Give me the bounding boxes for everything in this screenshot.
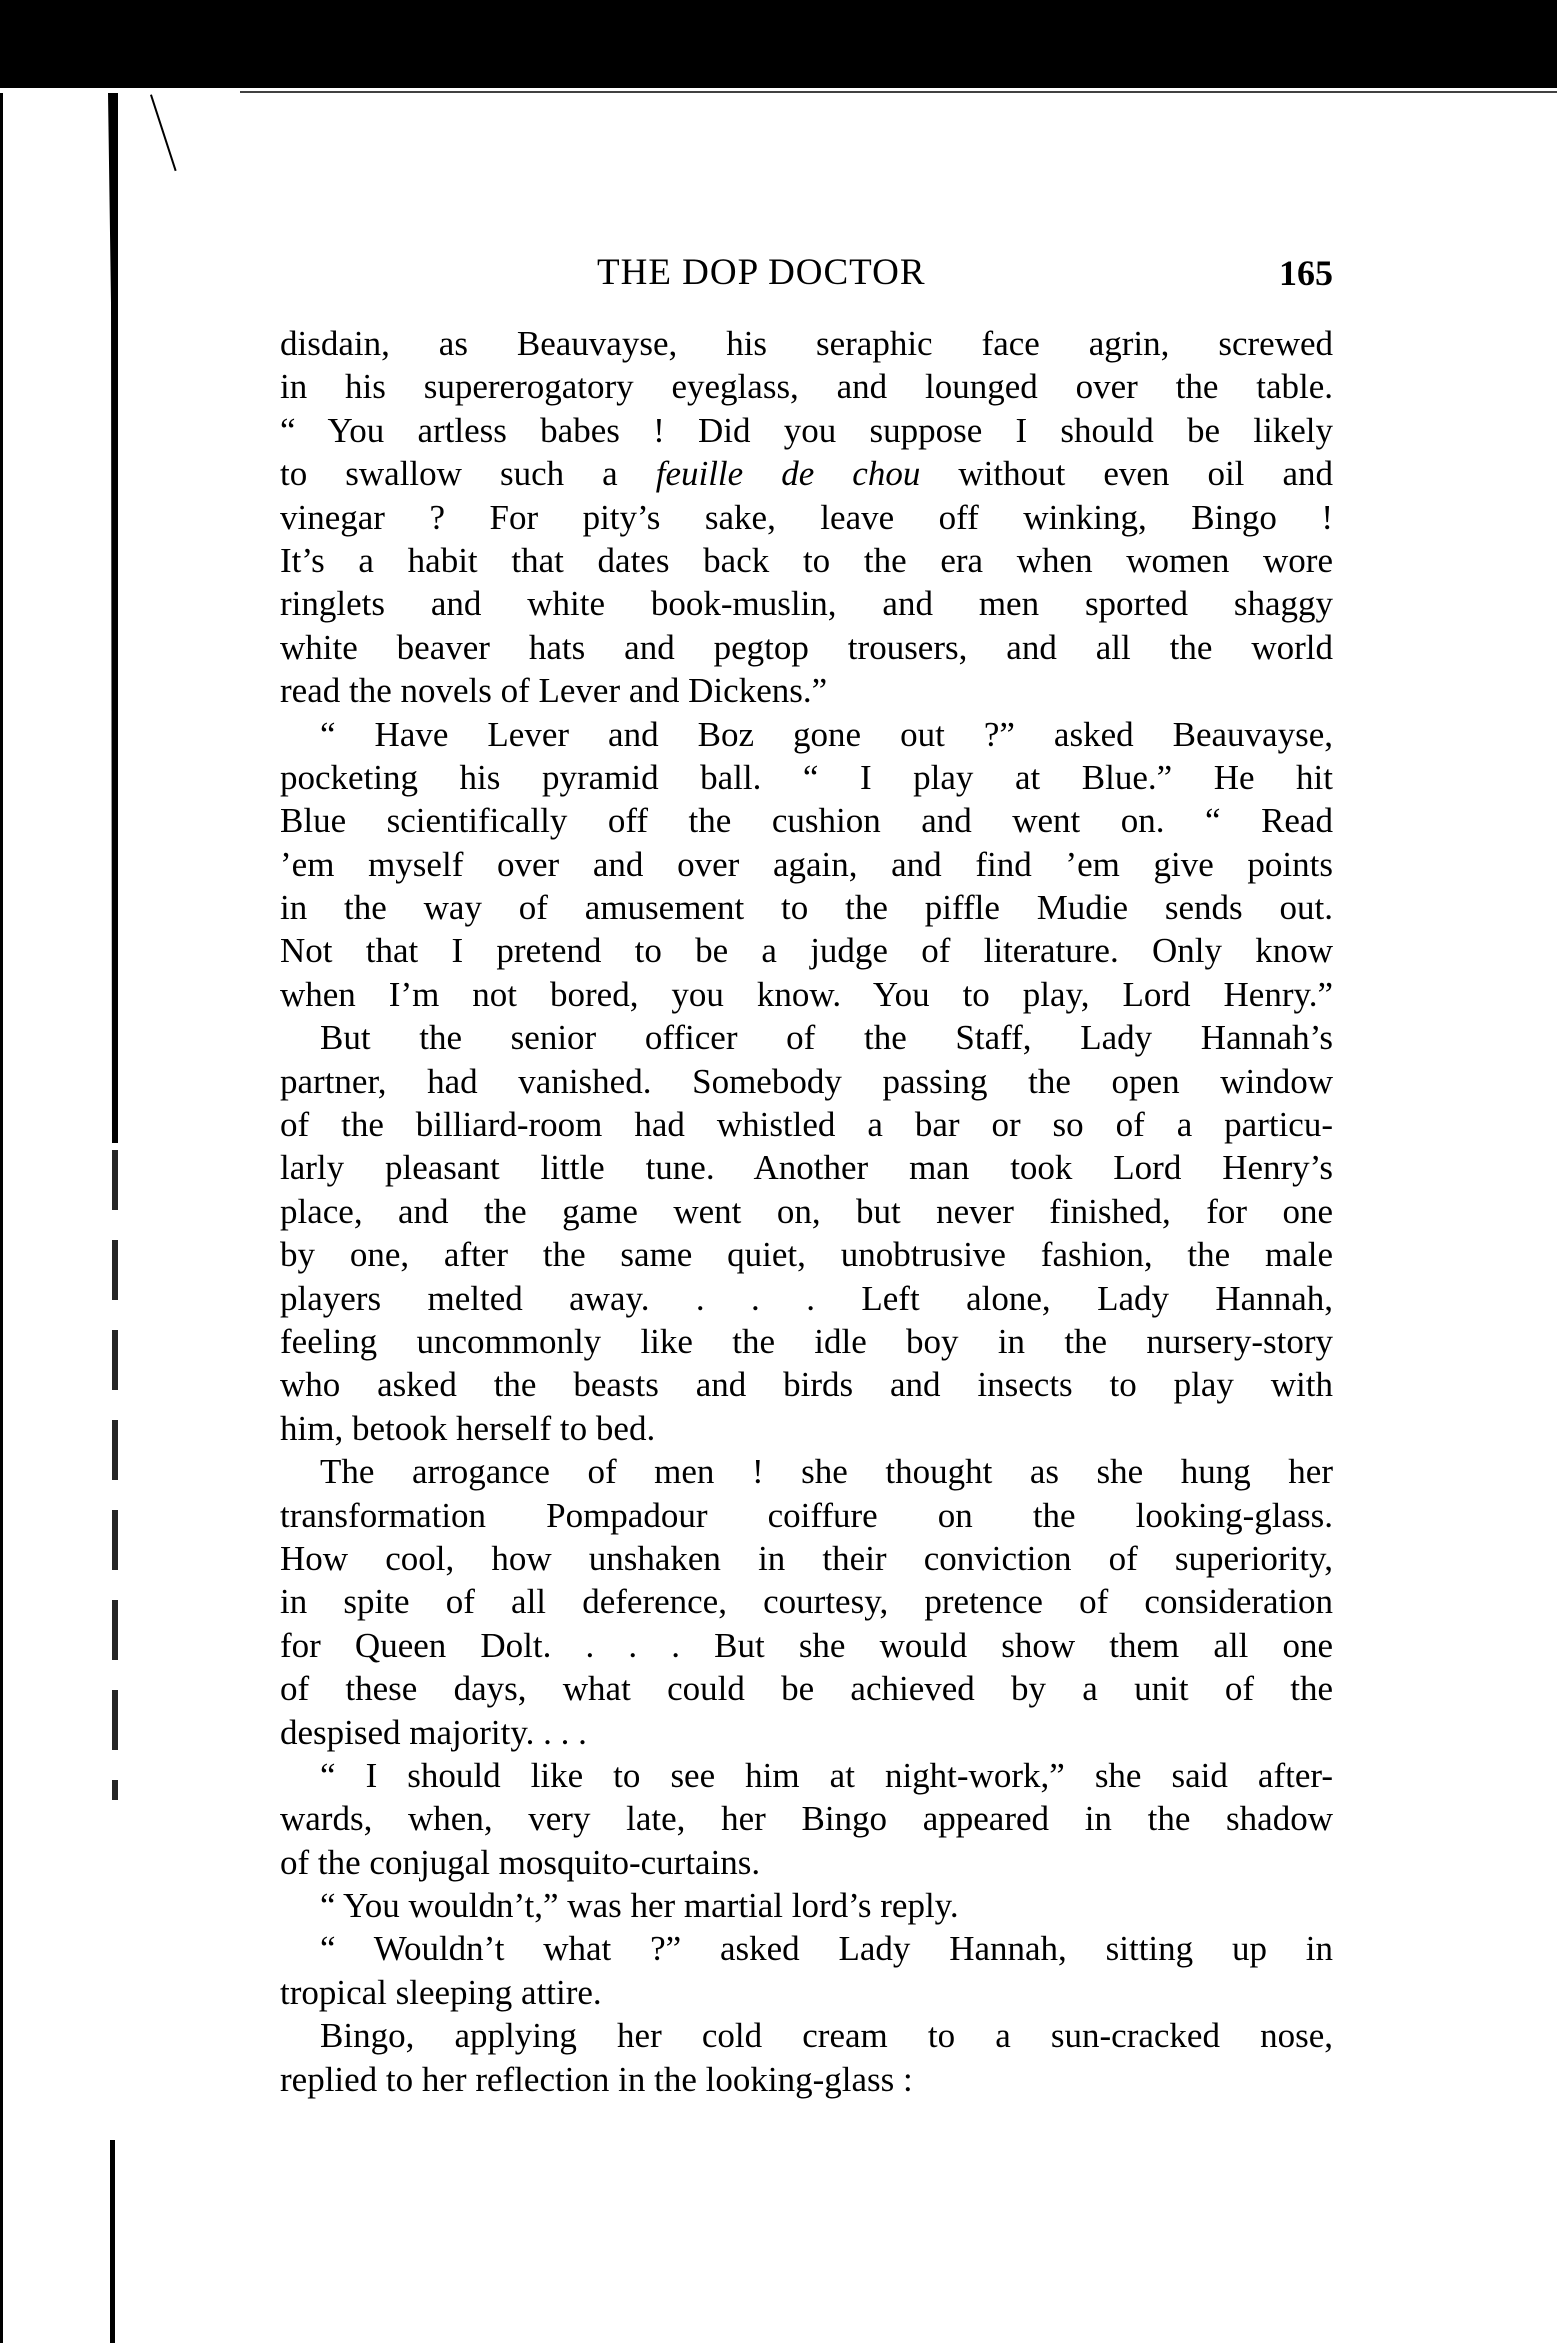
text-line: pocketing his pyramid ball. “ I play at … — [280, 756, 1333, 799]
text-line: wards, when, very late, her Bingo appear… — [280, 1797, 1333, 1840]
text-line: read the novels of Lever and Dickens.” — [280, 669, 1333, 712]
running-title: THE DOP DOCTOR — [597, 253, 926, 293]
scan-top-shadow — [0, 0, 1557, 88]
text-line: But the senior officer of the Staff, Lad… — [280, 1016, 1333, 1059]
text-line: when I’m not bored, you know. You to pla… — [280, 973, 1333, 1016]
page-header: THE DOP DOCTOR 165 — [280, 253, 1333, 293]
text-line: Not that I pretend to be a judge of lite… — [280, 929, 1333, 972]
text-line: tropical sleeping attire. — [280, 1971, 1333, 2014]
text-line: place, and the game went on, but never f… — [280, 1190, 1333, 1233]
italic-phrase: feuille de chou — [656, 454, 921, 493]
text-line: players melted away. . . . Left alone, L… — [280, 1277, 1333, 1320]
text-line: The arrogance of men ! she thought as sh… — [280, 1450, 1333, 1493]
text-line: Blue scientifically off the cushion and … — [280, 799, 1333, 842]
text-line: of the conjugal mosquito-curtains. — [280, 1841, 1333, 1884]
page-crease-mark — [150, 94, 177, 171]
text-line: in the way of amusement to the piffle Mu… — [280, 886, 1333, 929]
text-line: “ You wouldn’t,” was her martial lord’s … — [280, 1884, 1333, 1927]
scan-top-edge-line — [240, 91, 1557, 93]
text-line: despised majority. . . . — [280, 1711, 1333, 1754]
text-line: transformation Pompadour coiffure on the… — [280, 1494, 1333, 1537]
text-line: ’em myself over and over again, and find… — [280, 843, 1333, 886]
text-line: “ I should like to see him at night-work… — [280, 1754, 1333, 1797]
text-line: replied to her reflection in the looking… — [280, 2058, 1333, 2101]
text-line: him, betook herself to bed. — [280, 1407, 1333, 1450]
page-number: 165 — [1279, 253, 1333, 293]
book-binding-shadow-lower — [112, 1150, 118, 1800]
text-segment: without even oil and — [920, 454, 1333, 493]
text-line: “ Have Lever and Boz gone out ?” asked B… — [280, 713, 1333, 756]
text-line: vinegar ? For pity’s sake, leave off win… — [280, 496, 1333, 539]
scan-left-edge — [0, 93, 3, 2343]
text-line: larly pleasant little tune. Another man … — [280, 1146, 1333, 1189]
text-line: by one, after the same quiet, unobtrusiv… — [280, 1233, 1333, 1276]
text-line: “ You artless babes ! Did you suppose I … — [280, 409, 1333, 452]
text-line: of the billiard-room had whistled a bar … — [280, 1103, 1333, 1146]
text-line: in spite of all deference, courtesy, pre… — [280, 1580, 1333, 1623]
text-line: How cool, how unshaken in their convicti… — [280, 1537, 1333, 1580]
text-line: to swallow such a feuille de chou withou… — [280, 452, 1333, 495]
text-line: who asked the beasts and birds and insec… — [280, 1363, 1333, 1406]
text-line: in his supererogatory eyeglass, and loun… — [280, 365, 1333, 408]
text-segment: to swallow such a — [280, 454, 656, 493]
text-line: ringlets and white book-muslin, and men … — [280, 582, 1333, 625]
book-binding-shadow-bottom — [110, 2140, 115, 2343]
text-line: of these days, what could be achieved by… — [280, 1667, 1333, 1710]
text-line: partner, had vanished. Somebody passing … — [280, 1060, 1333, 1103]
book-binding-shadow — [108, 93, 118, 1143]
text-line: Bingo, applying her cold cream to a sun-… — [280, 2014, 1333, 2057]
text-line: “ Wouldn’t what ?” asked Lady Hannah, si… — [280, 1927, 1333, 1970]
text-line: for Queen Dolt. . . . But she would show… — [280, 1624, 1333, 1667]
text-line: feeling uncommonly like the idle boy in … — [280, 1320, 1333, 1363]
text-line: It’s a habit that dates back to the era … — [280, 539, 1333, 582]
text-line: white beaver hats and pegtop trousers, a… — [280, 626, 1333, 669]
body-text: disdain, as Beauvayse, his seraphic face… — [280, 322, 1333, 2101]
text-line: disdain, as Beauvayse, his seraphic face… — [280, 322, 1333, 365]
